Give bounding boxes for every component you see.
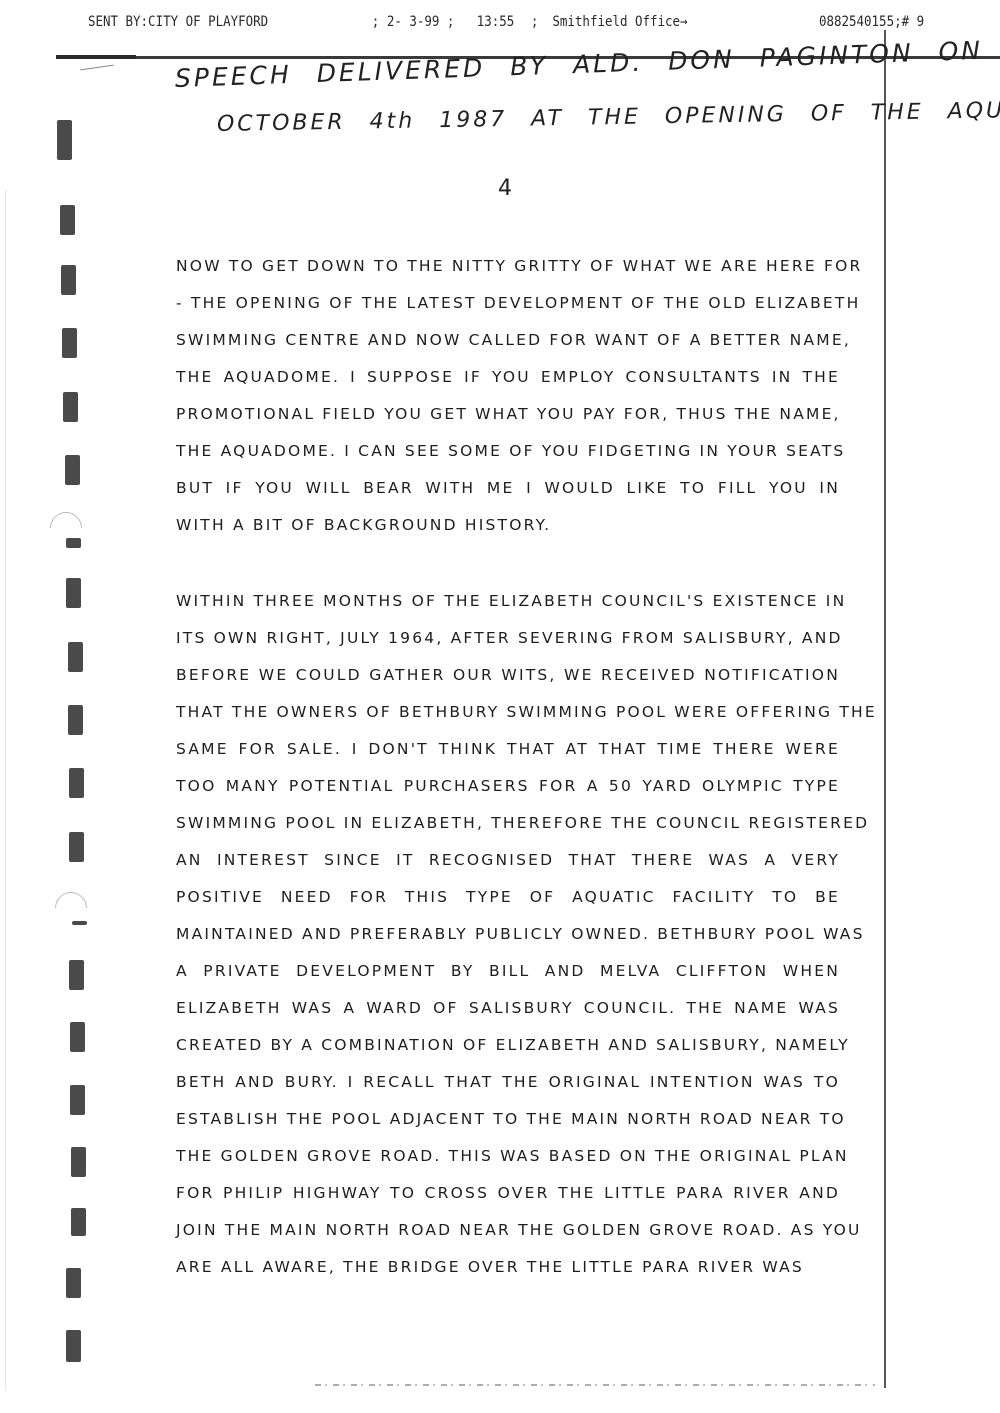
text-line: the Golden Grove Road. This was based on… [176,1138,840,1175]
punch-mark [65,455,80,485]
text-line: are all aware, the bridge over the Littl… [176,1249,840,1286]
paragraph-2: Within three months of the Elizabeth Cou… [176,583,840,1286]
text-line: that the owners of Bethbury Swimming Poo… [176,694,840,731]
text-line: The Aquadome. I can see some of you fidg… [176,433,840,470]
text-line: positive need for this type of aquatic f… [176,879,840,916]
text-line: establish the pool adjacent to the Main … [176,1101,840,1138]
punch-hole-outline [43,505,88,550]
punch-mark [71,1147,86,1177]
punch-mark [63,392,78,422]
fax-date: ; 2- 3-99 ; [372,14,455,30]
text-line: Swimming Centre and now called for want … [176,322,840,359]
text-line: Now to get down to the nitty gritty of w… [176,248,840,285]
fax-time: 13:55 [477,14,515,30]
fax-sender: SENT BY:CITY OF PLAYFORD [88,14,268,30]
text-line: with a bit of background history. [176,507,840,544]
text-line: - the opening of the latest development … [176,285,840,322]
fax-header: SENT BY:CITY OF PLAYFORD ; 2- 3-99 ; 13:… [88,14,810,36]
punch-mark [62,328,77,358]
punch-mark [61,265,76,295]
handwritten-title-line-2: OCTOBER 4th 1987 AT THE OPENING OF THE A… [217,96,1000,137]
text-line: but if you will bear with me I would lik… [176,470,840,507]
text-line: Within three months of the Elizabeth Cou… [176,583,840,620]
text-line: before we could gather our wits, we rece… [176,657,840,694]
punch-mark [70,1085,85,1115]
text-line: maintained and preferably publicly owned… [176,916,840,953]
text-line: created by a combination of Elizabeth an… [176,1027,840,1064]
punch-mark [70,1022,85,1052]
handwritten-title-line-1: SPEECH DELIVERED BY ALD. DON PAGINTON ON [174,36,983,93]
text-line: swimming pool in Elizabeth, therefore th… [176,805,840,842]
punch-mark [60,205,75,235]
text-line: promotional field you get what you pay f… [176,396,840,433]
punch-mark [57,120,72,160]
punch-mark [66,1330,81,1362]
punch-mark [66,1268,81,1298]
punch-mark [68,642,83,672]
punch-mark [69,768,84,798]
page-number: 4 [498,176,512,201]
vertical-margin-line [884,30,886,1388]
fax-scan-noise [315,1384,875,1386]
text-line: join the Main North Road near the Golden… [176,1212,840,1249]
fax-separator: ; [531,14,539,30]
text-line: BETH and BURY. I recall that the origina… [176,1064,840,1101]
punch-hole-outline [48,885,93,930]
punch-mark [69,960,84,990]
fax-number-page: 0882540155;# 9 [819,14,924,30]
paragraph-1: Now to get down to the nitty gritty of w… [176,248,840,544]
text-line: The Aquadome. I suppose if you employ co… [176,359,840,396]
pen-mark [80,65,114,71]
text-line: its own right, July 1964, after severing… [176,620,840,657]
text-line: for Philip Highway to cross over the Lit… [176,1175,840,1212]
punch-mark [71,1208,86,1236]
text-line: same for sale. I don't think that at tha… [176,731,840,768]
text-line: Elizabeth was a ward of Salisbury Counci… [176,990,840,1027]
text-line: an interest since it recognised that the… [176,842,840,879]
punch-mark [68,705,83,735]
punch-mark [69,832,84,862]
text-line: a private development by Bill and Melva … [176,953,840,990]
text-line: too many potential purchasers for a 50 y… [176,768,840,805]
page-edge [5,190,6,1390]
punch-mark [66,578,81,608]
fax-destination: Smithfield Office→ [552,14,687,30]
